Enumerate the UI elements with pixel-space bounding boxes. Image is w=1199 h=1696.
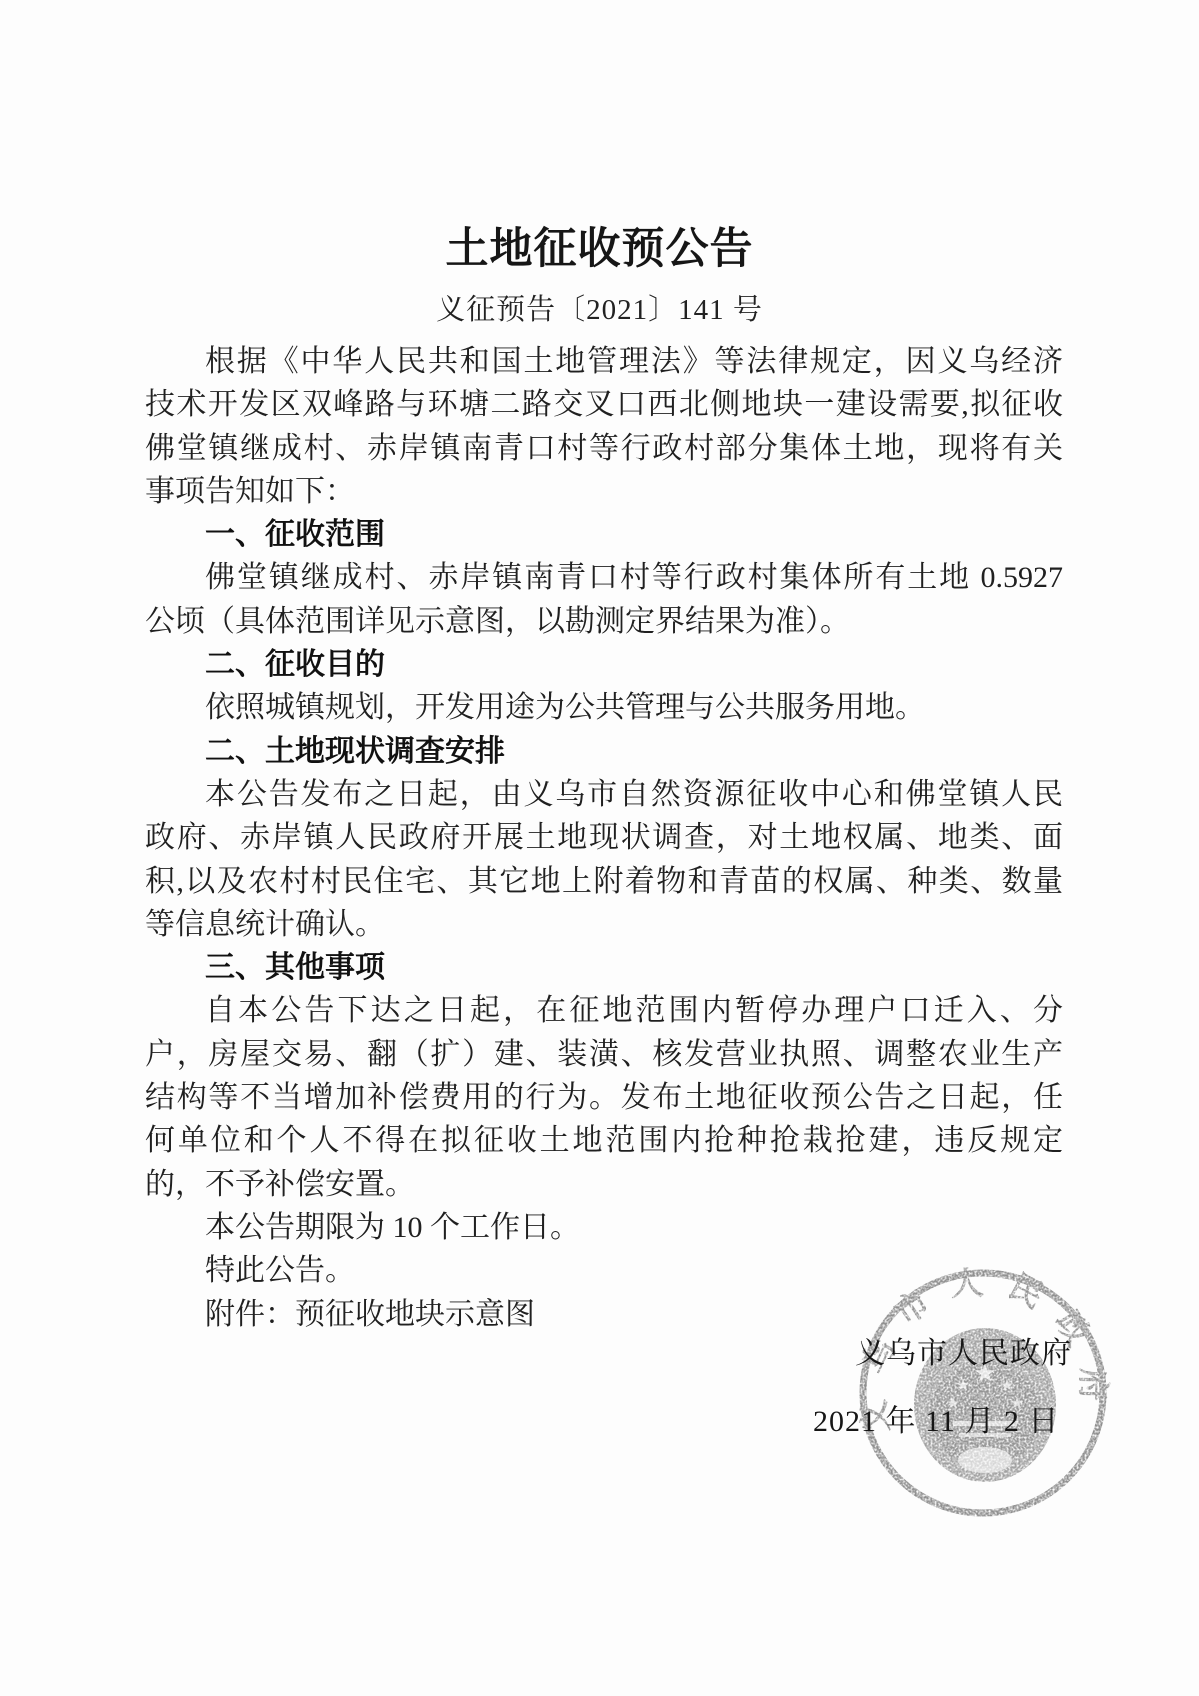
- section-heading: 三、其他事项: [145, 946, 1063, 989]
- document-body: 根据《中华人民共和国土地管理法》等法律规定，因义乌经济 技术开发区双峰路与环塘二…: [145, 340, 1063, 1336]
- issue-date: 2021 年 11 月 2 日: [813, 1402, 1059, 1442]
- body-line: 政府、赤岸镇人民政府开展土地现状调查，对土地权属、地类、面: [145, 816, 1063, 859]
- body-line: 自本公告下达之日起，在征地范围内暂停办理户口迁入、分: [145, 989, 1063, 1032]
- section-heading: 二、土地现状调查安排: [145, 730, 1063, 773]
- section-heading: 一、征收范围: [145, 513, 1063, 556]
- official-seal: 义乌市人民政府: [853, 1263, 1113, 1523]
- body-line: 何单位和个人不得在拟征收土地范围内抢种抢栽抢建，违反规定: [145, 1119, 1063, 1162]
- body-line: 技术开发区双峰路与环塘二路交叉口西北侧地块一建设需要,拟征收: [145, 383, 1063, 426]
- body-line: 佛堂镇继成村、赤岸镇南青口村等行政村部分集体土地，现将有关: [145, 427, 1063, 470]
- body-line: 依照城镇规划，开发用途为公共管理与公共服务用地。: [145, 686, 1063, 729]
- section-heading: 二、征收目的: [145, 643, 1063, 686]
- body-line: 本公告发布之日起，由义乌市自然资源征收中心和佛堂镇人民: [145, 773, 1063, 816]
- body-line: 根据《中华人民共和国土地管理法》等法律规定，因义乌经济: [145, 340, 1063, 383]
- body-line: 结构等不当增加补偿费用的行为。发布土地征收预公告之日起，任: [145, 1076, 1063, 1119]
- body-line: 等信息统计确认。: [145, 903, 1063, 946]
- document-title: 土地征收预公告: [0, 215, 1199, 276]
- body-line: 积,以及农村村民住宅、其它地上附着物和青苗的权属、种类、数量: [145, 860, 1063, 903]
- body-line: 户，房屋交易、翻（扩）建、装潢、核发营业执照、调整农业生产: [145, 1033, 1063, 1076]
- issuer-signature: 义乌市人民政府: [855, 1334, 1072, 1374]
- body-line: 公顷（具体范围详见示意图，以勘测定界结果为准）。: [145, 600, 1063, 643]
- body-line: 事项告知如下：: [145, 470, 1063, 513]
- body-line: 佛堂镇继成村、赤岸镇南青口村等行政村集体所有土地 0.5927: [145, 556, 1063, 599]
- body-line: 本公告期限为 10 个工作日。: [145, 1206, 1063, 1249]
- document-number: 义征预告〔2021〕141 号: [0, 287, 1199, 328]
- document-page: 土地征收预公告 义征预告〔2021〕141 号 根据《中华人民共和国土地管理法》…: [0, 0, 1199, 1696]
- body-line: 的，不予补偿安置。: [145, 1163, 1063, 1206]
